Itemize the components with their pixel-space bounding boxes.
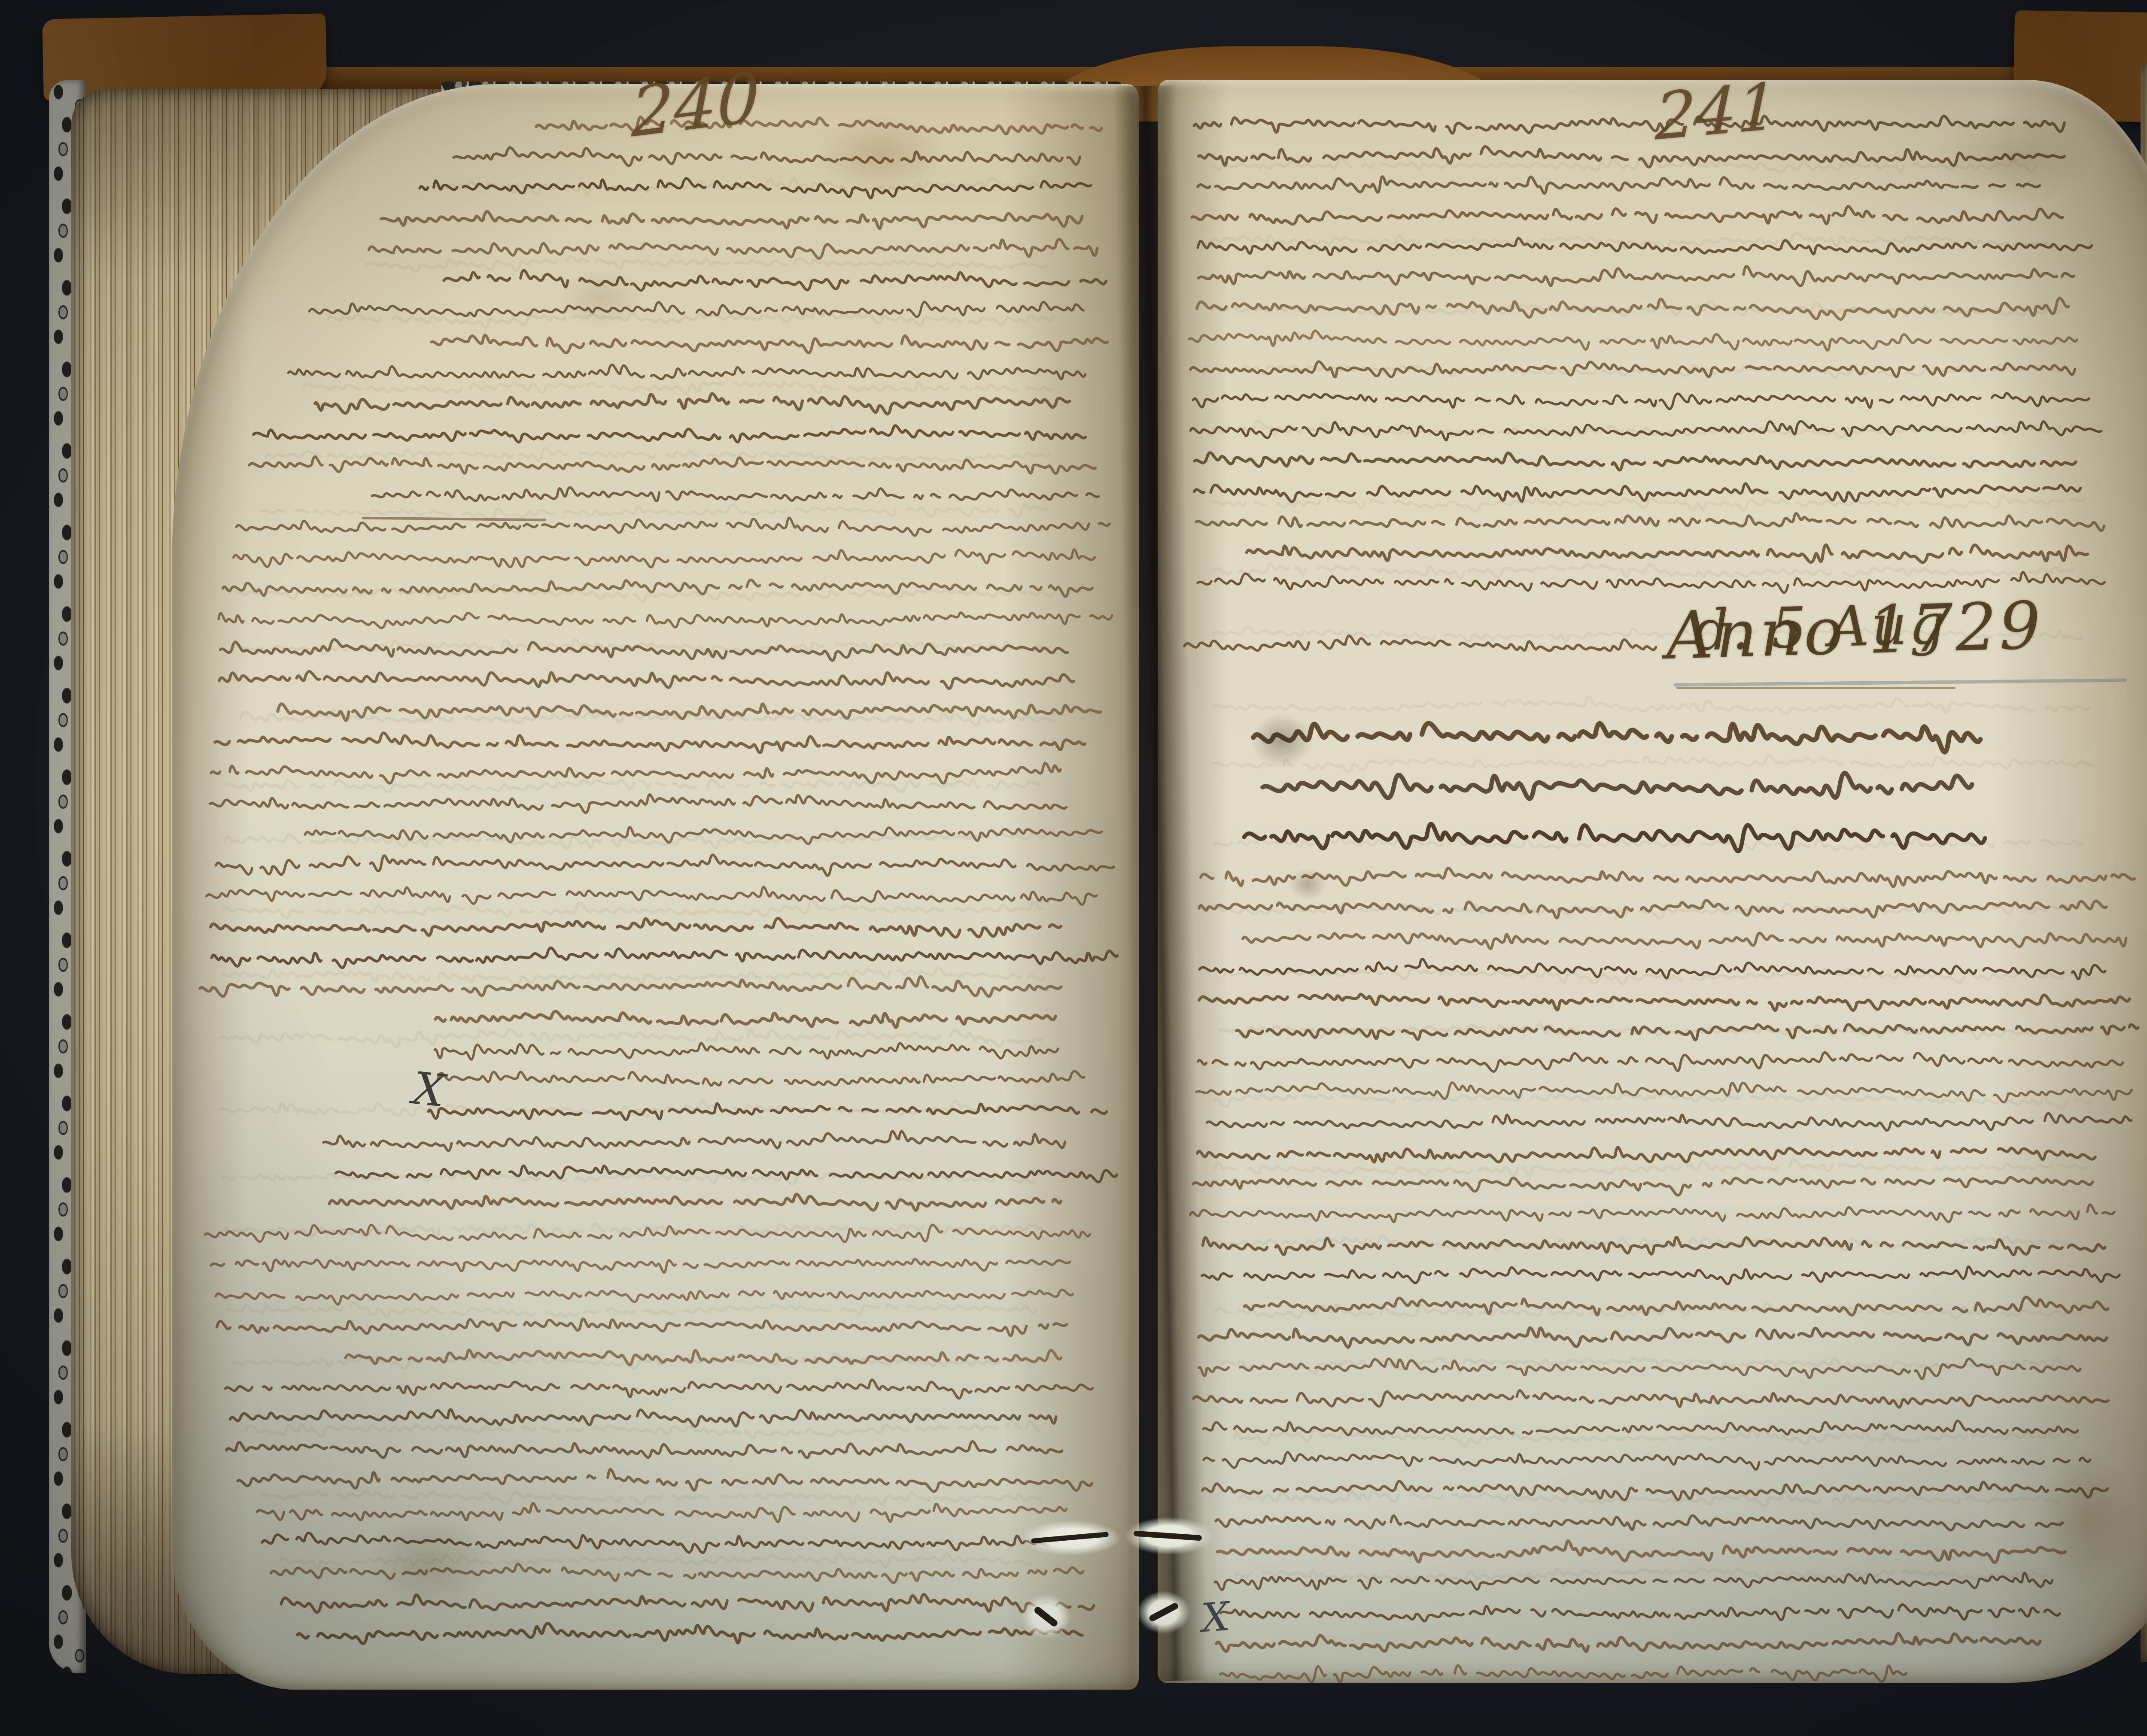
left-page [172, 84, 1139, 1690]
ink-blot [1282, 863, 1333, 906]
paper-tear [1125, 1517, 1213, 1555]
stain [541, 258, 661, 339]
marginal-x-left: X [411, 1065, 447, 1113]
book: 240 241 Anno 1729d. 5 Aug X X [0, 0, 2147, 1736]
page-number-right-text: 241 [1654, 74, 1778, 150]
anno-date: d. 5 Aug [1693, 596, 1948, 659]
worm-hole [1021, 1594, 1071, 1639]
stain [2018, 1425, 2147, 1614]
stain [1902, 94, 2126, 223]
stain [344, 1494, 515, 1631]
worm-hole [1137, 1591, 1190, 1634]
manuscript-photo: 240 241 Anno 1729d. 5 Aug X X [0, 0, 2147, 1736]
page-number-left-text: 240 [631, 63, 760, 147]
paper-tear [1021, 1521, 1121, 1556]
stain [790, 99, 970, 210]
anno-underline-2 [1676, 687, 1955, 689]
handwriting-left-page [172, 84, 1139, 1690]
ink-blot [1241, 704, 1323, 777]
